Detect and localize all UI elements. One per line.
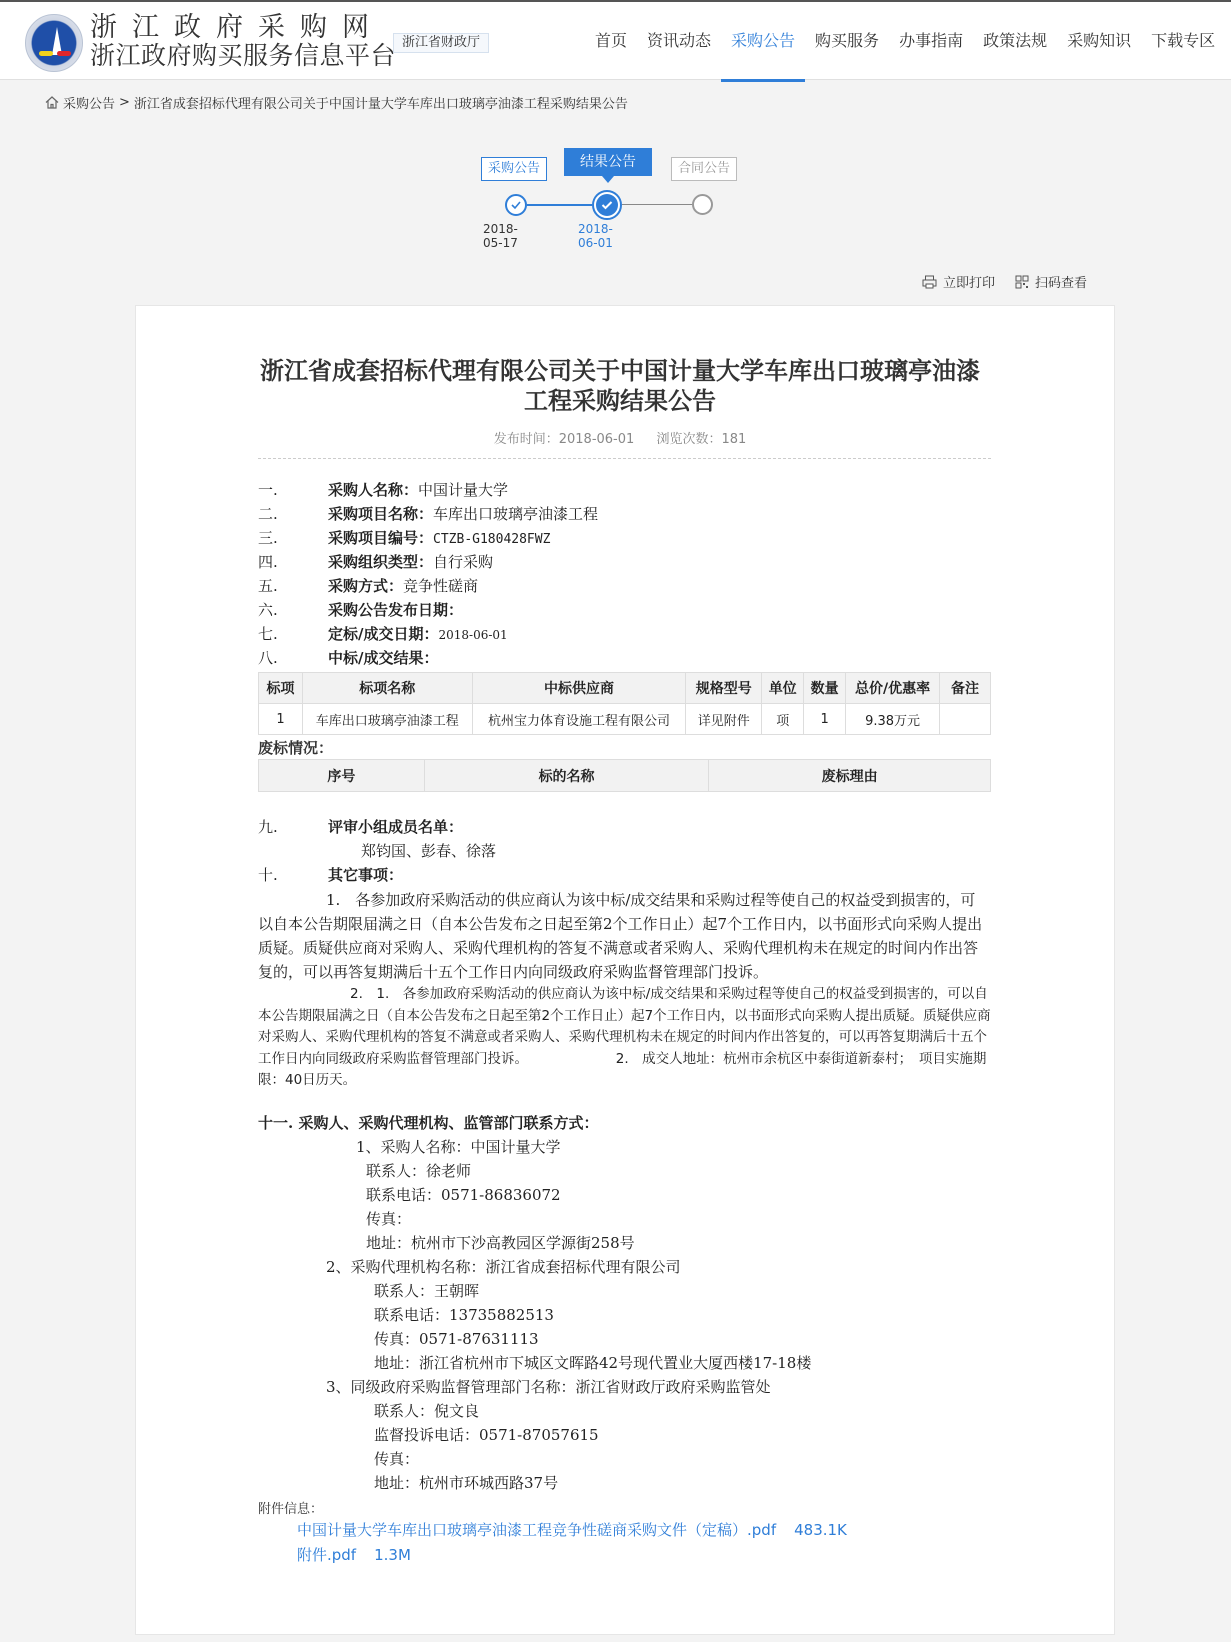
publish-date: 发布时间：2018-06-01 <box>494 432 635 447</box>
attachment-link[interactable]: 中国计量大学车库出口玻璃亭油漆工程竞争性磋商采购文件（定稿）.pdf483.1K <box>297 1519 847 1540</box>
buyer-address: 地址：杭州市下沙高教园区学源街258号 <box>366 1232 635 1254</box>
buyer-heading: 1、采购人名称：中国计量大学 <box>356 1136 561 1158</box>
item-org-type: 四.采购组织类型：自行采购 <box>258 551 493 573</box>
article-title: 浙江省成套招标代理有限公司关于中国计量大学车库出口玻璃亭油漆工程采购结果公告 <box>255 356 985 416</box>
scan-qr-button[interactable]: 扫码查看 <box>1015 272 1087 291</box>
abandon-label: 废标情况： <box>258 737 333 759</box>
item-project-name: 二.采购项目名称：车库出口玻璃亭油漆工程 <box>258 503 598 525</box>
nav-downloads[interactable]: 下载专区 <box>1141 2 1225 82</box>
step-pending-circle-icon <box>692 194 713 215</box>
regulator-contact: 联系人：倪文良 <box>374 1400 479 1422</box>
nav-home[interactable]: 首页 <box>585 2 637 82</box>
item-method: 五.采购方式：竞争性磋商 <box>258 575 478 597</box>
buyer-phone: 联系电话：0571-86836072 <box>366 1184 561 1206</box>
agency-heading: 2、采购代理机构名称：浙江省成套招标代理有限公司 <box>326 1256 681 1278</box>
section-10-title: 十.其它事项： <box>258 864 403 886</box>
site-subtitle: 浙江政府购买服务信息平台 <box>90 42 396 70</box>
dept-badge[interactable]: 浙江省财政厅 <box>393 33 489 53</box>
nav-policies[interactable]: 政策法规 <box>973 2 1057 82</box>
section-11-title: 十一. 采购人、采购代理机构、监管部门联系方式： <box>258 1112 598 1134</box>
step-contract-notice[interactable]: 合同公告 <box>671 157 737 181</box>
breadcrumb: 采购公告 > 浙江省成套招标代理有限公司关于中国计量大学车库出口玻璃亭油漆工程采… <box>45 93 632 112</box>
home-icon[interactable] <box>45 96 59 109</box>
table-row: 1 车库出口玻璃亭油漆工程 杭州宝力体育设施工程有限公司 详见附件 项 1 9.… <box>259 704 991 735</box>
result-table-header: 标项 标项名称 中标供应商 规格型号 单位 数量 总价/优惠率 备注 <box>259 673 991 704</box>
attachment-link[interactable]: 附件.pdf1.3M <box>297 1544 411 1565</box>
main-nav: 首页 资讯动态 采购公告 购买服务 办事指南 政策法规 采购知识 下载专区 <box>585 2 1225 82</box>
nav-guide[interactable]: 办事指南 <box>889 2 973 82</box>
review-members: 郑钧国、彭春、徐落 <box>361 840 496 862</box>
print-button[interactable]: 立即打印 <box>922 272 995 291</box>
result-table: 标项 标项名称 中标供应商 规格型号 单位 数量 总价/优惠率 备注 1 车库出… <box>258 672 991 735</box>
nav-purchase-services[interactable]: 购买服务 <box>805 2 889 82</box>
section-9-title: 九.评审小组成员名单： <box>258 816 463 838</box>
breadcrumb-separator: > <box>119 95 130 110</box>
agency-fax: 传真：0571-87631113 <box>374 1328 539 1350</box>
top-header: 浙江政府采购网 浙江政府购买服务信息平台 浙江省财政厅 首页 资讯动态 采购公告… <box>0 0 1231 80</box>
step-date-2: 2018-06-01 <box>578 222 613 250</box>
regulator-fax: 传真： <box>374 1448 419 1470</box>
breadcrumb-current: 浙江省成套招标代理有限公司关于中国计量大学车库出口玻璃亭油漆工程采购结果公告 <box>134 93 628 112</box>
nav-procurement-notices[interactable]: 采购公告 <box>721 2 805 82</box>
item-project-number: 三.采购项目编号：CTZB-G180428FWZ <box>258 527 550 549</box>
step-current-check-icon <box>592 190 622 220</box>
article-meta: 发布时间：2018-06-01 浏览次数：181 <box>255 428 985 447</box>
attachments-label: 附件信息： <box>258 1498 323 1517</box>
regulator-address: 地址：杭州市环城西路37号 <box>374 1472 558 1494</box>
breadcrumb-root[interactable]: 采购公告 <box>63 93 115 112</box>
buyer-contact: 联系人：徐老师 <box>366 1160 471 1182</box>
view-count: 浏览次数：181 <box>656 432 746 447</box>
progress-line-done <box>527 204 592 206</box>
progress-line-pending <box>622 204 692 205</box>
step-date-1: 2018-05-17 <box>483 222 518 250</box>
site-logo-icon[interactable] <box>25 14 83 72</box>
item-award-date: 七.定标/成交日期：2018-06-01 <box>258 623 508 645</box>
agency-address: 地址：浙江省杭州市下城区文晖路42号现代置业大厦西楼17-18楼 <box>374 1352 811 1374</box>
regulator-heading: 3、同级政府采购监督管理部门名称：浙江省财政厅政府采购监管处 <box>326 1376 771 1398</box>
nav-knowledge[interactable]: 采购知识 <box>1057 2 1141 82</box>
regulator-phone: 监督投诉电话：0571-87057615 <box>374 1424 599 1446</box>
step-result-notice[interactable]: 结果公告 <box>564 148 652 176</box>
nav-news[interactable]: 资讯动态 <box>637 2 721 82</box>
item-notice-date: 六.采购公告发布日期： <box>258 599 463 621</box>
item-award-result: 八.中标/成交结果： <box>258 647 438 669</box>
buyer-fax: 传真： <box>366 1208 411 1230</box>
other-matters-para-1: 1. 各参加政府采购活动的供应商认为该中标/成交结果和采购过程等使自己的权益受到… <box>258 888 988 984</box>
printer-icon <box>922 275 937 289</box>
agency-contact: 联系人：王朝晖 <box>374 1280 479 1302</box>
step-done-check-icon <box>505 194 527 216</box>
step-procurement-notice[interactable]: 采购公告 <box>481 157 547 181</box>
other-matters-para-2: 2. 1. 各参加政府采购活动的供应商认为该中标/成交结果和采购过程等使自己的权… <box>258 984 993 1092</box>
site-title[interactable]: 浙江政府采购网 <box>90 14 384 42</box>
abandon-table: 序号 标的名称 废标理由 <box>258 759 991 792</box>
agency-phone: 联系电话：13735882513 <box>374 1304 554 1326</box>
article-actions: 立即打印 扫码查看 <box>922 272 1107 291</box>
abandon-table-header: 序号 标的名称 废标理由 <box>259 760 991 792</box>
qr-code-icon <box>1015 275 1029 289</box>
item-buyer-name: 一.采购人名称：中国计量大学 <box>258 479 508 501</box>
title-divider <box>258 458 991 459</box>
